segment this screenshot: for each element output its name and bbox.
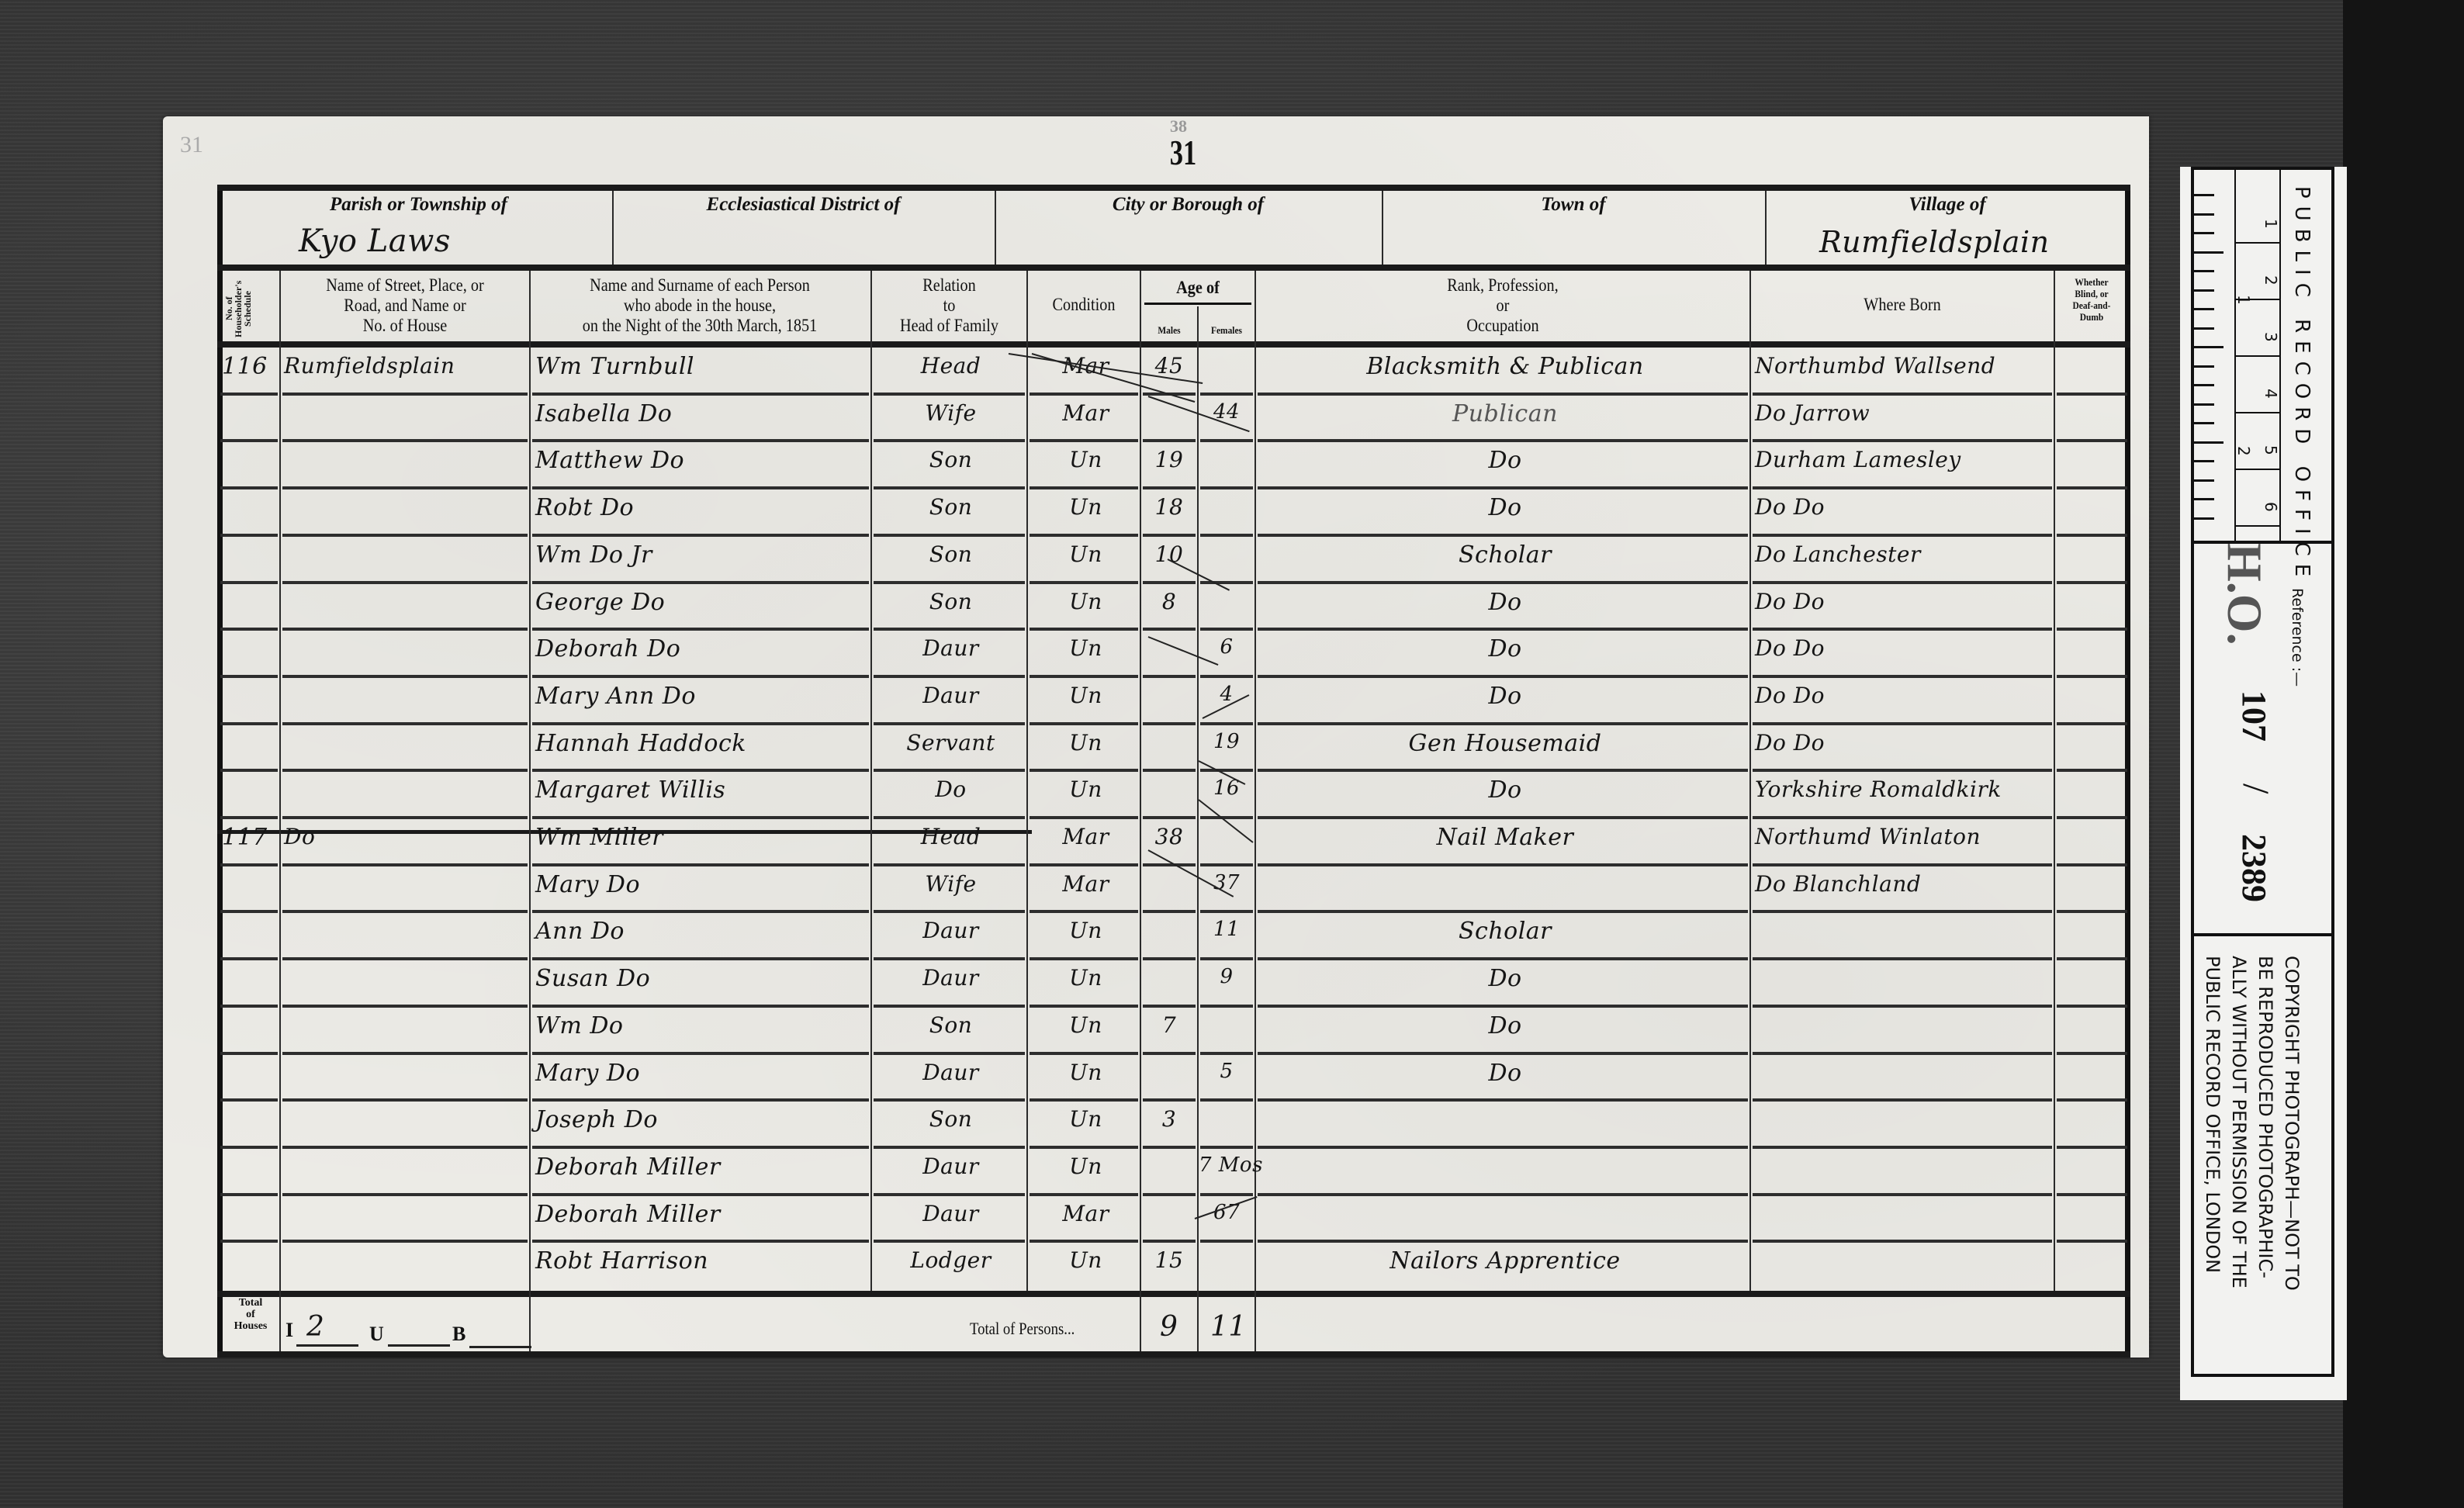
- ruler-tick: [2194, 422, 2214, 424]
- cell-female-age: 9: [1199, 965, 1254, 988]
- row-rule: [874, 910, 1025, 913]
- cell-relation: Son: [875, 589, 1026, 614]
- row-rule: [532, 393, 869, 396]
- cell-occupation: Gen Housemaid: [1261, 730, 1749, 757]
- cell-male-age: 19: [1141, 447, 1197, 472]
- row-rule: [1258, 1193, 1748, 1196]
- row-rule: [1030, 1052, 1138, 1055]
- row-rule: [1143, 1146, 1196, 1149]
- relation-column-header: Relation to Head of Family: [881, 275, 1017, 336]
- row-rule: [874, 486, 1025, 489]
- column-divider: [1026, 271, 1028, 1291]
- ruler-cm-divider: [2236, 525, 2279, 527]
- cell-schedule: 117: [222, 824, 278, 851]
- row-rule: [220, 486, 278, 489]
- ruler-cm-divider: [2236, 469, 2279, 470]
- ruler-inch-label: 2: [2234, 446, 2253, 456]
- cell-male-age: 38: [1141, 824, 1197, 849]
- cell-where-born: Do Do: [1755, 494, 2054, 520]
- cell-condition: Un: [1032, 1012, 1140, 1038]
- reference-piece: 107: [2234, 690, 2274, 742]
- row-rule: [532, 863, 869, 866]
- row-rule: [2057, 957, 2127, 960]
- cell-female-age: 67: [1199, 1201, 1254, 1224]
- cell-relation: Daur: [875, 635, 1026, 661]
- row-rule: [282, 1193, 528, 1196]
- underline: [296, 1344, 358, 1347]
- town-label: Town of: [1382, 194, 1765, 216]
- row-rule: [1753, 675, 2052, 678]
- cell-occupation: Blacksmith & Publican: [1261, 353, 1749, 380]
- row-rule: [1200, 1052, 1253, 1055]
- reference-label: Reference :—: [2289, 588, 2306, 687]
- ruler-tick: [2194, 251, 2223, 254]
- row-rule: [1753, 581, 2052, 584]
- column-divider: [529, 271, 531, 1351]
- row-rule: [2057, 1005, 2127, 1008]
- cell-name: George Do: [535, 589, 869, 616]
- ruler-cm-label: 1: [2262, 219, 2280, 229]
- ruler-tick: [2194, 270, 2214, 272]
- label-line: Houses: [223, 1320, 278, 1332]
- cell-name: Mary Ann Do: [535, 683, 869, 710]
- row-rule: [1258, 957, 1748, 960]
- cell-condition: Un: [1032, 776, 1140, 802]
- ruler-tick: [2194, 194, 2214, 196]
- total-persons-label: Total of Persons...: [970, 1319, 1075, 1339]
- ruler-tick: [2194, 517, 2214, 520]
- row-rule: [1200, 439, 1253, 442]
- cell-condition: Un: [1032, 965, 1140, 991]
- row-rule: [1200, 581, 1253, 584]
- header-line: or: [1286, 296, 1720, 316]
- row-rule: [1753, 863, 2052, 866]
- header-line: on the Night of the 30th March, 1851: [543, 316, 857, 336]
- cell-female-age: 6: [1199, 635, 1254, 659]
- row-rule: [1143, 910, 1196, 913]
- cell-name: Isabella Do: [535, 400, 869, 427]
- row-rule: [220, 393, 278, 396]
- cell-name: Mary Do: [535, 1060, 869, 1087]
- cell-condition: Un: [1032, 589, 1140, 614]
- row-rule: [1143, 439, 1196, 442]
- cell-name: Susan Do: [535, 965, 869, 992]
- row-rule: [532, 910, 869, 913]
- row-rule: [1258, 722, 1748, 725]
- cell-occupation: Scholar: [1261, 918, 1749, 945]
- cell-female-age: 16: [1199, 776, 1254, 800]
- row-rule: [874, 393, 1025, 396]
- rule-column-header-bottom: [217, 341, 2130, 348]
- row-rule: [1143, 722, 1196, 725]
- cell-condition: Mar: [1032, 400, 1140, 426]
- row-rule: [220, 581, 278, 584]
- cell-condition: Un: [1032, 1106, 1140, 1132]
- row-rule: [1200, 675, 1253, 678]
- row-rule: [1200, 1193, 1253, 1196]
- column-divider: [1749, 271, 1751, 1291]
- row-rule: [220, 1193, 278, 1196]
- row-rule: [874, 1098, 1025, 1102]
- row-rule: [874, 581, 1025, 584]
- ruler-tick: [2194, 232, 2214, 234]
- cell-male-age: 10: [1141, 541, 1197, 567]
- ecclesiastical-district-label: Ecclesiastical District of: [612, 194, 995, 216]
- reference-prefix: H.O.: [2216, 543, 2273, 645]
- row-rule: [2057, 863, 2127, 866]
- total-females: 11: [1210, 1311, 1247, 1343]
- row-rule: [1258, 769, 1748, 772]
- row-rule: [1030, 534, 1138, 537]
- row-rule: [874, 722, 1025, 725]
- ruler-tick: [2194, 498, 2214, 500]
- cell-occupation: Do: [1261, 965, 1749, 992]
- row-rule: [1030, 910, 1138, 913]
- row-rule: [1200, 1146, 1253, 1149]
- row-rule: [1200, 393, 1253, 396]
- cell-occupation: Do: [1261, 447, 1749, 474]
- cell-condition: Mar: [1032, 1201, 1140, 1226]
- cell-name: Deborah Do: [535, 635, 869, 662]
- cell-where-born: Yorkshire Romaldkirk: [1755, 776, 2054, 802]
- row-rule: [1030, 1005, 1138, 1008]
- row-rule: [1200, 486, 1253, 489]
- header-line: Relation: [881, 275, 1017, 296]
- cell-where-born: Do Do: [1755, 589, 2054, 614]
- cell-condition: Mar: [1032, 871, 1140, 897]
- village-label: Village of: [1765, 194, 2130, 216]
- inhabited-count: 2: [306, 1311, 324, 1343]
- cell-relation: Do: [875, 776, 1026, 802]
- row-rule: [1030, 1193, 1138, 1196]
- row-rule: [282, 393, 528, 396]
- cell-name: Deborah Miller: [535, 1153, 869, 1181]
- row-rule: [282, 910, 528, 913]
- total-houses-label: Total of Houses: [223, 1297, 278, 1332]
- row-rule: [220, 675, 278, 678]
- ruler-tick: [2194, 308, 2214, 310]
- row-rule: [1258, 1146, 1748, 1149]
- cell-name: Mary Do: [535, 871, 869, 898]
- row-rule: [874, 1193, 1025, 1196]
- ruler-cm-label: 5: [2262, 445, 2280, 455]
- row-rule: [282, 769, 528, 772]
- row-rule: [282, 816, 528, 819]
- row-rule: [2057, 769, 2127, 772]
- header-line: Rank, Profession,: [1286, 275, 1720, 296]
- cell-where-born: Durham Lamesley: [1755, 447, 2054, 472]
- row-rule: [2057, 1052, 2127, 1055]
- row-rule: [1030, 1146, 1138, 1149]
- row-rule: [1143, 769, 1196, 772]
- blind-deaf-column-header: Whether Blind, or Deaf-and- Dumb: [2060, 276, 2124, 323]
- cell-where-born: Do Jarrow: [1755, 400, 2054, 426]
- cell-name: Robt Do: [535, 494, 869, 521]
- cell-occupation: Do: [1261, 1060, 1749, 1087]
- row-rule: [1030, 957, 1138, 960]
- row-rule: [1753, 816, 2052, 819]
- row-rule: [1258, 863, 1748, 866]
- ruler-cm-divider: [2236, 412, 2279, 413]
- row-rule: [874, 957, 1025, 960]
- row-rule: [220, 910, 278, 913]
- ruler-cm-divider: [2236, 242, 2279, 244]
- cell-female-age: 4: [1199, 683, 1254, 706]
- cell-occupation: Do: [1261, 683, 1749, 710]
- header-line: Name of Street, Place, or: [296, 275, 514, 296]
- header-line: No. of House: [296, 316, 514, 336]
- cell-relation: Son: [875, 494, 1026, 520]
- row-rule: [2057, 722, 2127, 725]
- row-rule: [532, 1098, 869, 1102]
- parish-label: Parish or Township of: [225, 194, 612, 216]
- cell-name: Matthew Do: [535, 447, 869, 474]
- row-rule: [874, 534, 1025, 537]
- cell-relation: Daur: [875, 1153, 1026, 1179]
- copyright-line: PUBLIC RECORD OFFICE, LONDON: [2202, 956, 2223, 1273]
- where-born-column-header: Where Born: [1769, 295, 2035, 315]
- row-rule: [2057, 1146, 2127, 1149]
- row-rule: [282, 439, 528, 442]
- cell-name: Robt Harrison: [535, 1247, 869, 1275]
- cell-condition: Un: [1032, 635, 1140, 661]
- row-rule: [2057, 534, 2127, 537]
- cell-where-born: Do Do: [1755, 635, 2054, 661]
- row-rule: [1753, 722, 2052, 725]
- row-rule: [1143, 1005, 1196, 1008]
- copyright-line: BE REPRODUCED PHOTOGRAPHIC-: [2255, 956, 2276, 1278]
- cell-male-age: 15: [1141, 1247, 1197, 1273]
- ruler-tick: [2194, 346, 2223, 348]
- row-rule: [532, 675, 869, 678]
- cell-condition: Un: [1032, 683, 1140, 708]
- city-borough-label: City or Borough of: [995, 194, 1382, 216]
- females-column-header: Females: [1202, 324, 1251, 336]
- cell-where-born: Do Do: [1755, 730, 2054, 756]
- cell-occupation: Publican: [1261, 400, 1749, 427]
- row-rule: [282, 1146, 528, 1149]
- row-rule: [532, 1146, 869, 1149]
- row-rule: [532, 486, 869, 489]
- cell-occupation: Do: [1261, 1012, 1749, 1039]
- row-rule: [1258, 675, 1748, 678]
- cell-occupation: Do: [1261, 589, 1749, 616]
- ruler-tick: [2194, 384, 2214, 386]
- row-rule: [282, 1098, 528, 1102]
- column-divider: [1254, 271, 1256, 1351]
- row-rule: [532, 722, 869, 725]
- row-rule: [874, 439, 1025, 442]
- scanner-shadow: [2343, 0, 2464, 1508]
- ruler-tick: [2194, 289, 2214, 292]
- cell-schedule: 116: [222, 353, 278, 380]
- cell-female-age: 7 Mos: [1199, 1153, 1254, 1177]
- ruler-tick: [2194, 441, 2223, 444]
- cell-condition: Un: [1032, 447, 1140, 472]
- cell-name: Joseph Do: [535, 1106, 869, 1133]
- occupation-column-header: Rank, Profession, or Occupation: [1286, 275, 1720, 336]
- ruler-inch-label: 1: [2234, 295, 2253, 305]
- cell-condition: Un: [1032, 918, 1140, 943]
- row-rule: [874, 816, 1025, 819]
- row-rule: [1143, 1240, 1196, 1243]
- row-rule: [532, 769, 869, 772]
- cell-relation: Wife: [875, 400, 1026, 426]
- row-rule: [874, 1240, 1025, 1243]
- row-rule: [1258, 486, 1748, 489]
- header-line: who abode in the house,: [543, 296, 857, 316]
- cell-relation: Daur: [875, 683, 1026, 708]
- copyright-line: COPYRIGHT PHOTOGRAPH—NOT TO: [2281, 956, 2303, 1291]
- cell-where-born: Northumd Winlaton: [1755, 824, 2054, 849]
- row-rule: [282, 1005, 528, 1008]
- row-rule: [1030, 675, 1138, 678]
- cell-condition: Un: [1032, 1060, 1140, 1085]
- row-rule: [874, 769, 1025, 772]
- row-rule: [1143, 1193, 1196, 1196]
- row-rule: [1200, 769, 1253, 772]
- cell-male-age: 7: [1141, 1012, 1197, 1038]
- cell-relation: Daur: [875, 918, 1026, 943]
- row-rule: [532, 1052, 869, 1055]
- underline: [469, 1346, 531, 1348]
- header-line: Name and Surname of each Person: [543, 275, 857, 296]
- ruler-tick: [2194, 460, 2214, 462]
- cell-female-age: 11: [1199, 918, 1254, 941]
- row-rule: [2057, 910, 2127, 913]
- cell-name: Deborah Miller: [535, 1201, 869, 1228]
- cell-condition: Un: [1032, 541, 1140, 567]
- row-rule: [220, 957, 278, 960]
- row-rule: [1753, 1052, 2052, 1055]
- row-rule: [2057, 486, 2127, 489]
- row-rule: [1143, 534, 1196, 537]
- page-number: 31: [1170, 132, 1197, 173]
- row-rule: [874, 1005, 1025, 1008]
- cell-relation: Son: [875, 1106, 1026, 1132]
- corner-folio-mark: 31: [180, 132, 203, 158]
- row-rule: [1200, 1240, 1253, 1243]
- row-rule: [532, 816, 869, 819]
- cell-name: Margaret Willis: [535, 776, 869, 804]
- row-rule: [1753, 1193, 2052, 1196]
- label-line: Total: [223, 1297, 278, 1309]
- row-rule: [220, 628, 278, 631]
- total-males: 9: [1160, 1311, 1178, 1343]
- header-line: Deaf-and-: [2060, 299, 2124, 311]
- header-line: Whether: [2060, 276, 2124, 288]
- row-rule: [1753, 393, 2052, 396]
- ruler-cm-label: 6: [2262, 502, 2280, 512]
- cell-occupation: Nail Maker: [1261, 824, 1749, 851]
- condition-column-header: Condition: [1035, 295, 1133, 315]
- age-column-header: Age of: [1148, 278, 1248, 298]
- row-rule: [1753, 1098, 2052, 1102]
- row-rule: [1200, 1005, 1253, 1008]
- row-rule: [282, 628, 528, 631]
- row-rule: [220, 769, 278, 772]
- row-rule: [532, 1240, 869, 1243]
- ruler-cm-label: 3: [2262, 332, 2280, 342]
- cell-condition: Mar: [1032, 824, 1140, 849]
- row-rule: [2057, 675, 2127, 678]
- row-rule: [282, 1052, 528, 1055]
- row-rule: [2057, 628, 2127, 631]
- row-rule: [1030, 393, 1138, 396]
- row-rule: [1030, 863, 1138, 866]
- row-rule: [1753, 486, 2052, 489]
- cell-relation: Head: [875, 353, 1026, 379]
- row-rule: [1143, 675, 1196, 678]
- row-rule: [1200, 628, 1253, 631]
- row-rule: [2057, 816, 2127, 819]
- reference-folio: 2389: [2234, 834, 2274, 902]
- row-rule: [282, 581, 528, 584]
- cell-occupation: Do: [1261, 494, 1749, 521]
- row-rule: [282, 675, 528, 678]
- row-rule: [874, 1146, 1025, 1149]
- cell-where-born: Northumbd Wallsend: [1755, 353, 2054, 379]
- cell-where-born: Do Lanchester: [1755, 541, 2054, 567]
- row-rule: [532, 1005, 869, 1008]
- row-rule: [1753, 1240, 2052, 1243]
- row-rule: [1030, 1240, 1138, 1243]
- row-rule: [1200, 1098, 1253, 1102]
- row-rule: [1258, 628, 1748, 631]
- cell-relation: Son: [875, 447, 1026, 472]
- row-rule: [2057, 1193, 2127, 1196]
- label-line: of: [223, 1309, 278, 1320]
- row-rule: [874, 863, 1025, 866]
- header-line: Occupation: [1286, 316, 1720, 336]
- row-rule: [874, 628, 1025, 631]
- row-rule: [282, 863, 528, 866]
- column-divider: [1197, 306, 1199, 1351]
- ruler-tick: [2194, 327, 2214, 330]
- row-rule: [1143, 957, 1196, 960]
- column-divider: [2054, 271, 2055, 1291]
- parish-value: Kyo Laws: [299, 223, 451, 259]
- row-rule: [1030, 581, 1138, 584]
- row-rule: [1030, 722, 1138, 725]
- row-rule: [220, 816, 278, 819]
- rule-totals-top: [217, 1291, 2130, 1297]
- ruler-tick: [2194, 213, 2214, 216]
- row-rule: [1258, 393, 1748, 396]
- row-rule: [1258, 1052, 1748, 1055]
- row-rule: [532, 581, 869, 584]
- ruler-tick: [2194, 403, 2214, 406]
- row-rule: [532, 534, 869, 537]
- header-line: Head of Family: [881, 316, 1017, 336]
- row-rule: [1258, 1240, 1748, 1243]
- row-rule: [1143, 628, 1196, 631]
- row-rule: [1143, 816, 1196, 819]
- copyright-rule: [2191, 933, 2334, 936]
- ruler-tick: [2194, 365, 2214, 368]
- header-line: Blind, or: [2060, 288, 2124, 299]
- row-rule: [282, 957, 528, 960]
- rule-top: [217, 185, 2130, 191]
- row-rule: [282, 486, 528, 489]
- column-divider: [870, 271, 872, 1291]
- row-rule: [874, 675, 1025, 678]
- row-rule: [1030, 1098, 1138, 1102]
- row-rule: [282, 534, 528, 537]
- cell-male-age: 8: [1141, 589, 1197, 614]
- column-divider: [279, 271, 281, 1351]
- ruler-cm-label: 2: [2262, 275, 2280, 285]
